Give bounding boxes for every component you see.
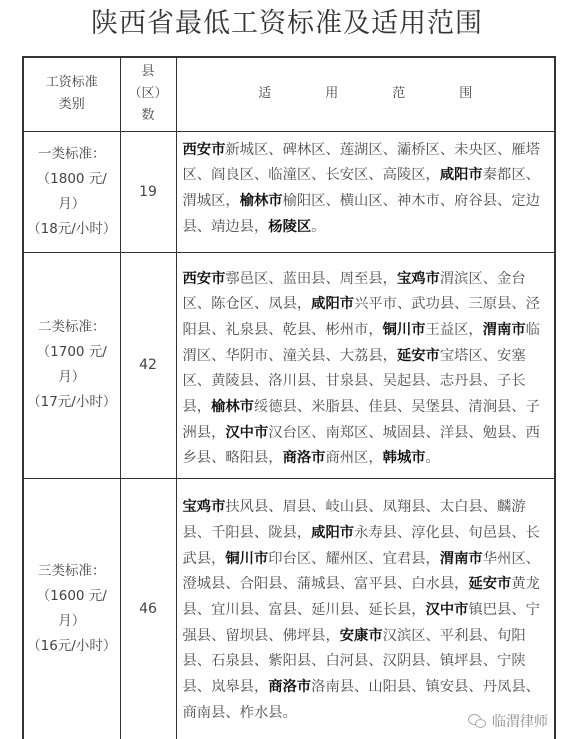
table-row: 二类标准： （1700 元/ 月） （17元/小时） 42 西安市鄠邑区、蓝田县… bbox=[23, 252, 555, 479]
hourly-wage: （16元/小时） bbox=[24, 634, 120, 659]
category-cell: 三类标准： （1600 元/ 月） （16元/小时） bbox=[23, 479, 120, 739]
header-count-line2: （区） bbox=[121, 83, 176, 105]
header-count: 县 （区） 数 bbox=[120, 57, 176, 131]
scope-cell: 西安市新城区、碑林区、莲湖区、灞桥区、未央区、雁塔区、阎良区、临潼区、长安区、高… bbox=[176, 131, 555, 252]
city-name: 商洛市 bbox=[268, 679, 311, 695]
city-name: 咸阳市 bbox=[311, 525, 354, 541]
city-name: 安康市 bbox=[340, 628, 383, 644]
city-name: 铜川市 bbox=[225, 551, 268, 567]
header-category-line1: 工资标准 bbox=[24, 72, 120, 94]
city-name: 渭南市 bbox=[483, 322, 526, 338]
city-name: 渭南市 bbox=[440, 551, 483, 567]
district-list: 鄠邑区、蓝田县、周至县， bbox=[225, 271, 397, 287]
city-name: 汉中市 bbox=[426, 602, 469, 618]
watermark-text: 临渭律师 bbox=[492, 711, 548, 731]
county-count: 42 bbox=[120, 252, 176, 479]
table-row: 三类标准： （1600 元/ 月） （16元/小时） 46 宝鸡市扶风县、眉县、… bbox=[23, 479, 555, 739]
scope-cell: 西安市鄠邑区、蓝田县、周至县，宝鸡市渭滨区、金台区、陈仓区、凤县，咸阳市兴平市、… bbox=[176, 252, 555, 479]
monthly-unit: 月） bbox=[24, 609, 120, 634]
city-name: 咸阳市 bbox=[440, 167, 483, 183]
header-scope: 适用范围 bbox=[176, 57, 555, 131]
watermark: 临渭律师 bbox=[468, 711, 548, 731]
city-name: 铜川市 bbox=[383, 322, 426, 338]
hourly-wage: （18元/小时） bbox=[24, 217, 120, 242]
city-name: 商洛市 bbox=[283, 450, 326, 466]
district-list: 。 bbox=[426, 450, 440, 466]
header-scope-char: 适 bbox=[258, 83, 271, 105]
header-scope-char: 范 bbox=[392, 83, 405, 105]
header-category: 工资标准 类别 bbox=[23, 57, 120, 131]
monthly-wage: （1800 元/ bbox=[24, 167, 120, 192]
city-name: 宝鸡市 bbox=[397, 271, 440, 287]
wechat-icon bbox=[468, 714, 486, 728]
city-name: 宝鸡市 bbox=[183, 499, 226, 515]
county-count: 19 bbox=[120, 131, 176, 252]
header-count-line1: 县 bbox=[121, 61, 176, 83]
category-cell: 一类标准： （1800 元/ 月） （18元/小时） bbox=[23, 131, 120, 252]
header-scope-char: 围 bbox=[459, 83, 472, 105]
district-list: 。 bbox=[311, 219, 325, 235]
city-name: 榆林市 bbox=[211, 399, 254, 415]
monthly-wage: （1700 元/ bbox=[24, 340, 120, 365]
city-name: 榆林市 bbox=[240, 193, 283, 209]
city-name: 咸阳市 bbox=[311, 296, 354, 312]
county-count: 46 bbox=[120, 479, 176, 739]
district-list: 印台区、耀州区、宜君县， bbox=[268, 551, 440, 567]
header-category-line2: 类别 bbox=[24, 94, 120, 116]
table-header-row: 工资标准 类别 县 （区） 数 适用范围 bbox=[23, 57, 555, 131]
city-name: 汉中市 bbox=[225, 425, 268, 441]
monthly-unit: 月） bbox=[24, 192, 120, 217]
city-name: 延安市 bbox=[397, 348, 440, 364]
district-list: 商州区， bbox=[325, 450, 382, 466]
city-name: 西安市 bbox=[183, 271, 226, 287]
city-name: 韩城市 bbox=[383, 450, 426, 466]
page-title: 陕西省最低工资标准及适用范围 bbox=[0, 6, 574, 42]
category-cell: 二类标准： （1700 元/ 月） （17元/小时） bbox=[23, 252, 120, 479]
city-name: 西安市 bbox=[183, 142, 226, 158]
header-scope-char: 用 bbox=[325, 83, 338, 105]
city-name: 延安市 bbox=[468, 576, 511, 592]
minimum-wage-table: 工资标准 类别 县 （区） 数 适用范围 一类标准： （1800 元/ 月） （… bbox=[22, 56, 556, 739]
category-label: 三类标准： bbox=[24, 559, 120, 584]
monthly-wage: （1600 元/ bbox=[24, 584, 120, 609]
header-count-line3: 数 bbox=[121, 105, 176, 127]
category-label: 一类标准： bbox=[24, 142, 120, 167]
district-list: 王益区， bbox=[426, 322, 483, 338]
scope-cell: 宝鸡市扶风县、眉县、岐山县、凤翔县、太白县、麟游县、千阳县、陇县，咸阳市永寿县、… bbox=[176, 479, 555, 739]
table-row: 一类标准： （1800 元/ 月） （18元/小时） 19 西安市新城区、碑林区… bbox=[23, 131, 555, 252]
category-label: 二类标准： bbox=[24, 315, 120, 340]
monthly-unit: 月） bbox=[24, 365, 120, 390]
city-name: 杨陵区 bbox=[268, 219, 311, 235]
hourly-wage: （17元/小时） bbox=[24, 390, 120, 415]
